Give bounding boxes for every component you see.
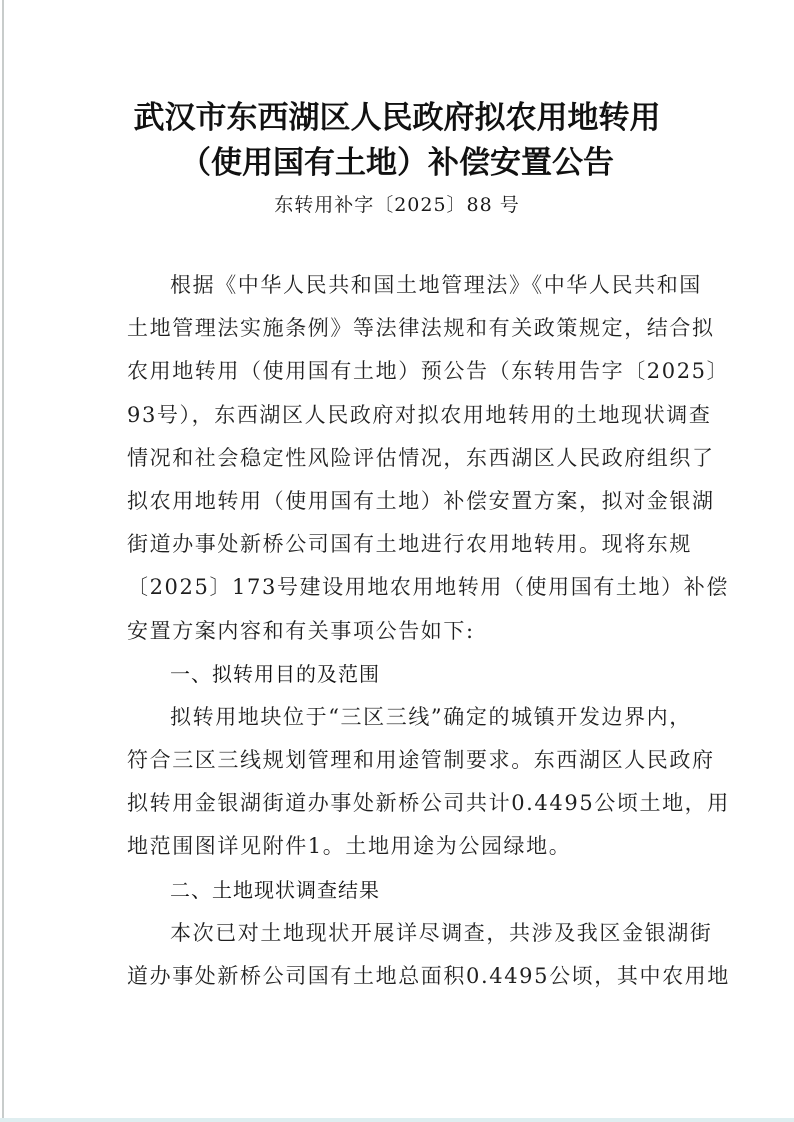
- paragraph-line: 拟转用金银湖街道办事处新桥公司共计0.4495公顷土地，用: [127, 782, 679, 825]
- document-page: 武汉市东西湖区人民政府拟农用地转用 （使用国有土地）补偿安置公告 东转用补字〔2…: [0, 0, 794, 1122]
- paragraph-line: 安置方案内容和有关事项公告如下:: [127, 610, 679, 653]
- paragraph-line: 本次已对土地现状开展详尽调查，共涉及我区金银湖街: [127, 912, 679, 955]
- paragraph-line: 街道办事处新桥公司国有土地进行农用地转用。现将东规: [127, 523, 679, 566]
- paragraph-line: 〔2025〕173号建设用地农用地转用（使用国有土地）补偿: [127, 566, 679, 609]
- paragraph-purpose-scope: 拟转用地块位于“三区三线”确定的城镇开发边界内， 符合三区三线规划管理和用途管制…: [127, 696, 679, 869]
- paragraph-line: 拟农用地转用（使用国有土地）补偿安置方案，拟对金银湖: [127, 480, 679, 523]
- paragraph-line: 拟转用地块位于“三区三线”确定的城镇开发边界内，: [127, 696, 679, 739]
- paragraph-line: 地范围图详见附件1。土地用途为公园绿地。: [127, 825, 679, 868]
- paragraph-line: 符合三区三线规划管理和用途管制要求。东西湖区人民政府: [127, 739, 679, 782]
- section-heading-survey-results: 二、土地现状调查结果: [127, 869, 679, 912]
- document-title-line-2: （使用国有土地）补偿安置公告: [0, 141, 794, 186]
- paragraph-line: 土地管理法实施条例》等法律法规和有关政策规定，结合拟: [127, 307, 679, 350]
- paragraph-line: 情况和社会稳定性风险评估情况，东西湖区人民政府组织了: [127, 437, 679, 480]
- section-heading-purpose-scope: 一、拟转用目的及范围: [127, 653, 679, 696]
- paragraph-line: 道办事处新桥公司国有土地总面积0.4495公顷，其中农用地: [127, 955, 679, 998]
- title-block: 武汉市东西湖区人民政府拟农用地转用 （使用国有土地）补偿安置公告 东转用补字〔2…: [0, 96, 794, 218]
- paragraph-line: 农用地转用（使用国有土地）预公告（东转用告字〔2025〕: [127, 350, 679, 393]
- document-number: 东转用补字〔2025〕88 号: [0, 192, 794, 218]
- scan-edge-bottom: [0, 1118, 794, 1122]
- document-body: 根据《中华人民共和国土地管理法》《中华人民共和国 土地管理法实施条例》等法律法规…: [127, 264, 679, 998]
- document-title-line-1: 武汉市东西湖区人民政府拟农用地转用: [0, 96, 794, 141]
- paragraph-line: 93号），东西湖区人民政府对拟农用地转用的土地现状调查: [127, 394, 679, 437]
- paragraph-line: 根据《中华人民共和国土地管理法》《中华人民共和国: [127, 264, 679, 307]
- paragraph-survey-results: 本次已对土地现状开展详尽调查，共涉及我区金银湖街 道办事处新桥公司国有土地总面积…: [127, 912, 679, 998]
- paragraph-intro: 根据《中华人民共和国土地管理法》《中华人民共和国 土地管理法实施条例》等法律法规…: [127, 264, 679, 653]
